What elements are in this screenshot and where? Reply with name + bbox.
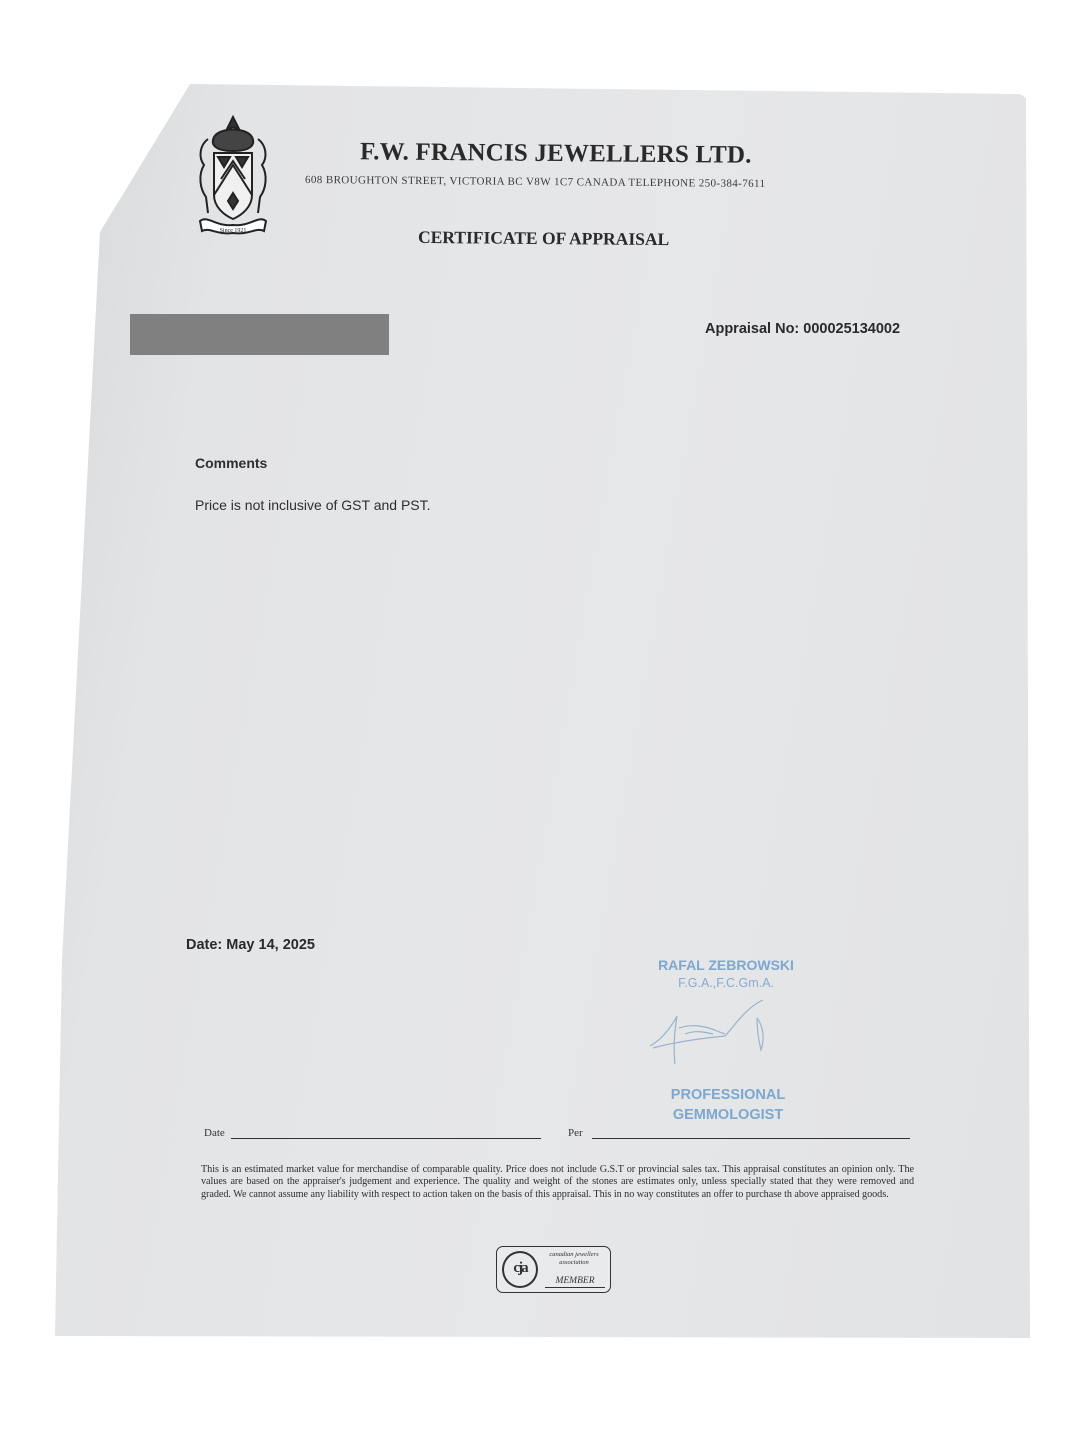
per-signature-line [592, 1138, 910, 1139]
company-name: F.W. FRANCIS JEWELLERS LTD. [360, 138, 752, 169]
date-signature-line [231, 1138, 541, 1139]
stamp-title-line2: GEMMOLOGIST [630, 1107, 826, 1123]
comments-text: Price is not inclusive of GST and PST. [195, 497, 431, 513]
crest-motto: Since 1921 [220, 228, 247, 234]
document-title: CERTIFICATE OF APPRAISAL [418, 227, 669, 250]
appraisal-number: Appraisal No: 000025134002 [705, 321, 900, 337]
comments-label: Comments [195, 455, 267, 471]
certificate-paper [0, 0, 1080, 1440]
per-line-label: Per [568, 1127, 583, 1139]
redacted-field [130, 314, 389, 355]
cja-logo-icon: cja [502, 1251, 538, 1288]
cja-member-badge: cja canadian jewellers association MEMBE… [496, 1246, 611, 1293]
disclaimer-text: This is an estimated market value for me… [201, 1164, 914, 1201]
cja-association-text: canadian jewellers association [541, 1251, 607, 1267]
date-line-label: Date [204, 1127, 225, 1139]
stamp-credentials: F.G.A.,F.C.Gm.A. [628, 976, 824, 990]
coat-of-arms-icon: Since 1921 [194, 115, 272, 239]
signature-icon [645, 998, 795, 1068]
cja-member-label: MEMBER [545, 1276, 605, 1288]
appraisal-date: Date: May 14, 2025 [186, 937, 315, 953]
stamp-title-line1: PROFESSIONAL [630, 1087, 826, 1103]
stamp-appraiser-name: RAFAL ZEBROWSKI [628, 957, 824, 973]
